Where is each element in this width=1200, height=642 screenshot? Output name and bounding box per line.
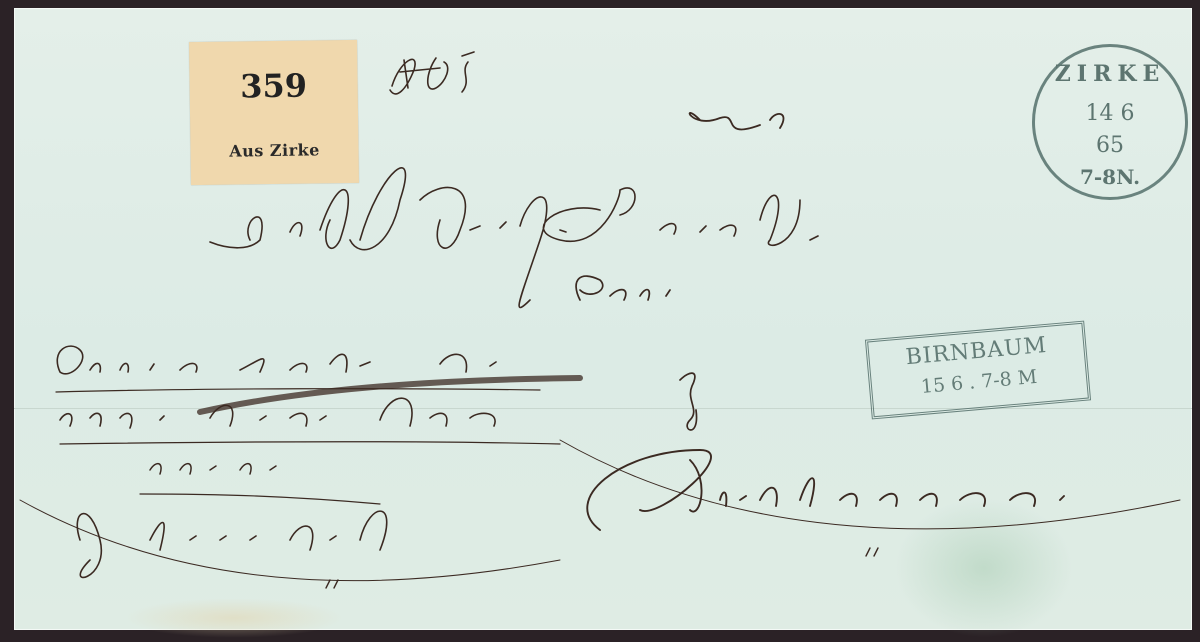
handwriting-strokes: [0, 0, 1200, 642]
